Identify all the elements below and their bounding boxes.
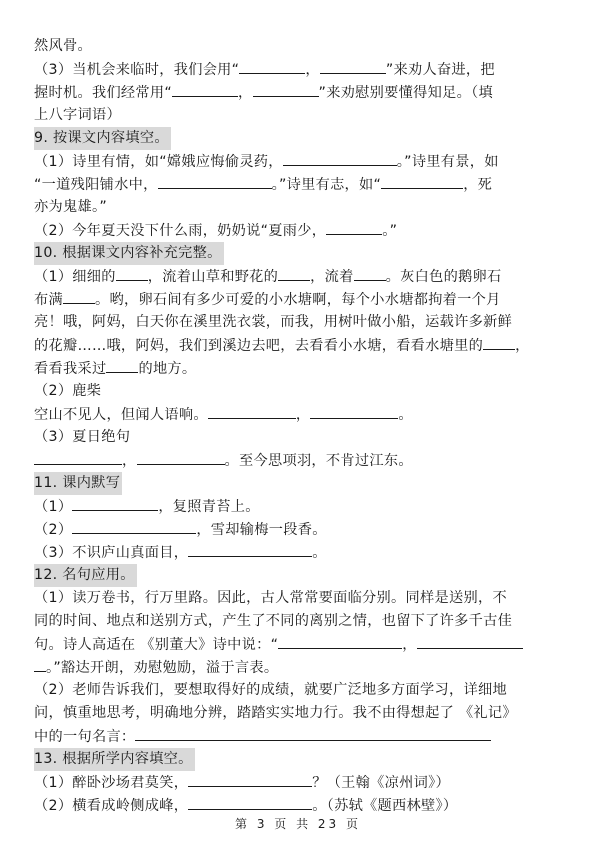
text: ，复照青苔上。 — [158, 499, 259, 515]
text: 布满 — [34, 292, 63, 308]
text: ， — [402, 637, 417, 653]
page-footer: 第 3 页 共 23 页 — [0, 815, 596, 832]
answer-blank[interactable] — [188, 794, 312, 810]
answer-blank[interactable] — [137, 449, 225, 465]
question-title: 12. 名句应用。 — [34, 564, 137, 587]
answer-blank[interactable] — [283, 150, 397, 166]
text: 。灰白色的鹅卵石 — [386, 269, 502, 285]
text: ，雪却输梅一段香。 — [196, 522, 326, 538]
text-line: （1）诗里有情，如“嫦娥应悔偷灵药，。”诗里有景，如 — [34, 150, 564, 173]
text-line: 的花瓣……哦，阿妈，我们到溪边去吧，去看看小水塘，看看水塘里的， — [34, 334, 564, 357]
answer-blank[interactable] — [326, 219, 382, 235]
text-line: 问，慎重地思考，明确地分辨，踏踏实实地力行。我不由得想起了 《礼记》 — [34, 702, 564, 725]
text-line: 然风骨。 — [34, 35, 564, 58]
text-line: （3）夏日绝句 — [34, 426, 564, 449]
text: 然风骨。 — [34, 38, 92, 54]
text-line: （3）不识庐山真面目，。 — [34, 541, 564, 564]
answer-blank[interactable] — [310, 403, 398, 419]
answer-blank[interactable] — [381, 173, 463, 189]
text: 空山不见人，但闻人语响。 — [34, 407, 208, 423]
answer-blank[interactable] — [63, 288, 95, 304]
text-line: （3）当机会来临时，我们会用“，”来劝人奋进，把 — [34, 58, 564, 81]
answer-blank[interactable] — [158, 173, 272, 189]
text: （1）诗里有情，如“嫦娥应悔偷灵药， — [34, 154, 283, 170]
text: ， — [515, 338, 530, 354]
question-title: 10. 根据课文内容补充完整。 — [34, 242, 224, 265]
answer-blank[interactable] — [354, 265, 386, 281]
text: （2）横看成岭侧成峰， — [34, 798, 188, 814]
text: “一道残阳铺水中， — [34, 177, 158, 193]
text-line: 亮！哦，阿妈，白天你在溪里洗衣裳，而我，用树叶做小船，运载许多新鲜 — [34, 311, 564, 334]
answer-blank[interactable] — [208, 403, 296, 419]
text: ， — [122, 453, 137, 469]
text: 。（苏轼《题西林壁》） — [312, 798, 457, 814]
text: 握时机。我们经常用“ — [34, 85, 172, 101]
text: 问，慎重地思考，明确地分辨，踏踏实实地力行。我不由得想起了 《礼记》 — [34, 705, 517, 721]
question-12-header: 12. 名句应用。 — [34, 564, 564, 587]
text: 。哟，卵石间有多少可爱的小水塘啊，每个小水塘都拘着一个月 — [95, 292, 501, 308]
answer-blank[interactable] — [483, 334, 515, 350]
text: ？（王翰《凉州词》） — [312, 775, 450, 791]
text: 。 — [398, 407, 413, 423]
text: 句。诗人高适在 《别董大》诗中说：“ — [34, 637, 278, 653]
text: 的花瓣……哦，阿妈，我们到溪边去吧，去看看小水塘，看看水塘里的 — [34, 338, 483, 354]
text: （1）读万卷书，行万里路。因此，古人常常要面临分别。同样是送别，不 — [34, 590, 507, 606]
text: （1）细细的 — [34, 269, 116, 285]
answer-blank[interactable] — [320, 58, 386, 74]
text: ， — [305, 62, 320, 78]
text: （2） — [34, 522, 72, 538]
text-line: 上八字词语） — [34, 104, 564, 127]
text: ， — [296, 407, 311, 423]
text: ， — [238, 85, 253, 101]
document-page: 然风骨。 （3）当机会来临时，我们会用“，”来劝人奋进，把 握时机。我们经常用“… — [34, 35, 564, 817]
text: （3）不识庐山真面目， — [34, 545, 188, 561]
text-line: （2）老师告诉我们，要想取得好的成绩，就要广泛地多方面学习，详细地 — [34, 679, 564, 702]
answer-blank[interactable] — [116, 265, 148, 281]
text: ，死 — [463, 177, 492, 193]
text: 。至今思项羽，不肯过江东。 — [225, 453, 413, 469]
answer-blank[interactable] — [135, 725, 491, 741]
text: 。”诗里有景，如 — [397, 154, 499, 170]
text-line: 布满。哟，卵石间有多少可爱的小水塘啊，每个小水塘都拘着一个月 — [34, 288, 564, 311]
answer-blank[interactable] — [172, 81, 238, 97]
text: ”来劝人奋进，把 — [386, 62, 495, 78]
text: ，流着 — [310, 269, 353, 285]
text: （1）醉卧沙场君莫笑， — [34, 775, 188, 791]
answer-blank[interactable] — [34, 449, 122, 465]
text-line: 同的时间、地点和送别方式，产生了不同的离别之情，也留下了许多千古佳 — [34, 610, 564, 633]
text-line: “一道残阳铺水中，。”诗里有志，如“，死 — [34, 173, 564, 196]
text-line: 中的一句名言： — [34, 725, 564, 748]
text: 同的时间、地点和送别方式，产生了不同的离别之情，也留下了许多千古佳 — [34, 613, 512, 629]
text: ，流着山草和野花的 — [148, 269, 278, 285]
text-line: （2）鹿柴 — [34, 380, 564, 403]
text-line: （2）横看成岭侧成峰，。（苏轼《题西林壁》） — [34, 794, 564, 817]
answer-blank[interactable] — [417, 633, 523, 649]
text-line: （2），雪却输梅一段香。 — [34, 518, 564, 541]
text-line: 空山不见人，但闻人语响。，。 — [34, 403, 564, 426]
text: 亮！哦，阿妈，白天你在溪里洗衣裳，而我，用树叶做小船，运载许多新鲜 — [34, 314, 512, 330]
text: 。 — [312, 545, 327, 561]
answer-blank[interactable] — [72, 495, 158, 511]
answer-blank[interactable] — [34, 656, 46, 672]
poem-title: （3）夏日绝句 — [34, 429, 130, 445]
question-13-header: 13. 根据所学内容填空。 — [34, 748, 564, 771]
text-line: 亦为鬼雄。” — [34, 196, 564, 219]
answer-blank[interactable] — [188, 771, 312, 787]
text: 的地方。 — [138, 361, 196, 377]
text-line: （1）细细的，流着山草和野花的，流着。灰白色的鹅卵石 — [34, 265, 564, 288]
text-line: （1），复照青苔上。 — [34, 495, 564, 518]
text: 。”豁达开朗，劝慰勉励，溢于言表。 — [46, 660, 278, 676]
text-line: 句。诗人高适在 《别董大》诗中说：“， — [34, 633, 564, 656]
answer-blank[interactable] — [239, 58, 305, 74]
text: （1） — [34, 499, 72, 515]
question-9-header: 9. 按课文内容填空。 — [34, 127, 564, 150]
text-line: （2）今年夏天没下什么雨，奶奶说“夏雨少，。” — [34, 219, 564, 242]
text-line: 。”豁达开朗，劝慰勉励，溢于言表。 — [34, 656, 564, 679]
text: 亦为鬼雄。” — [34, 199, 107, 215]
text-line: （1）读万卷书，行万里路。因此，古人常常要面临分别。同样是送别，不 — [34, 587, 564, 610]
text: 看看我采过 — [34, 361, 106, 377]
question-11-header: 11. 课内默写 — [34, 472, 564, 495]
question-title: 11. 课内默写 — [34, 472, 122, 495]
text: （2）今年夏天没下什么雨，奶奶说“夏雨少， — [34, 223, 326, 239]
question-title: 9. 按课文内容填空。 — [34, 127, 171, 150]
answer-blank[interactable] — [253, 81, 319, 97]
answer-blank[interactable] — [278, 633, 402, 649]
text: （3）当机会来临时，我们会用“ — [34, 62, 239, 78]
text-line: 看看我采过的地方。 — [34, 357, 564, 380]
text: （2）老师告诉我们，要想取得好的成绩，就要广泛地多方面学习，详细地 — [34, 682, 507, 698]
answer-blank[interactable] — [278, 265, 310, 281]
text: 中的一句名言： — [34, 729, 135, 745]
text-line: （1）醉卧沙场君莫笑，？（王翰《凉州词》） — [34, 771, 564, 794]
text: 上八字词语） — [34, 107, 121, 123]
answer-blank[interactable] — [72, 518, 196, 534]
text-line: 握时机。我们经常用“，”来劝慰别要懂得知足。（填 — [34, 81, 564, 104]
text: 。”诗里有志，如“ — [272, 177, 382, 193]
poem-title: （2）鹿柴 — [34, 383, 101, 399]
text: ”来劝慰别要懂得知足。（填 — [319, 85, 493, 101]
question-title: 13. 根据所学内容填空。 — [34, 748, 195, 771]
question-10-header: 10. 根据课文内容补充完整。 — [34, 242, 564, 265]
answer-blank[interactable] — [106, 357, 138, 373]
text-line: ，。至今思项羽，不肯过江东。 — [34, 449, 564, 472]
text: 。” — [382, 223, 397, 239]
answer-blank[interactable] — [188, 541, 312, 557]
